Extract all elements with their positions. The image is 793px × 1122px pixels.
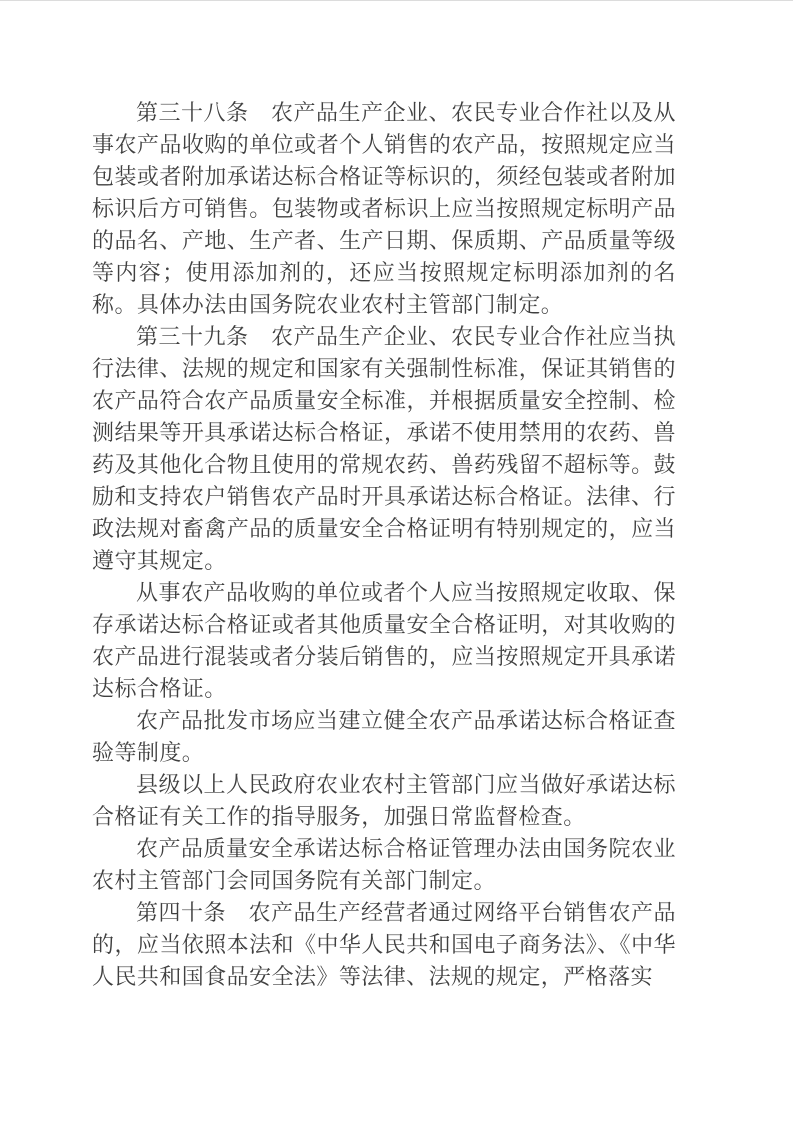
paragraph-article-39: 第三十九条 农产品生产企业、农民专业合作社应当执行法律、法规的规定和国家有关强制…	[92, 321, 676, 577]
document-page: 第三十八条 农产品生产企业、农民专业合作社以及从事农产品收购的单位或者个人销售的…	[0, 0, 793, 1122]
paragraph-article-40: 第四十条 农产品生产经营者通过网络平台销售农产品的，应当依照本法和《中华人民共和…	[92, 897, 676, 993]
paragraph-article-38: 第三十八条 农产品生产企业、农民专业合作社以及从事农产品收购的单位或者个人销售的…	[92, 97, 676, 321]
document-body: 第三十八条 农产品生产企业、农民专业合作社以及从事农产品收购的单位或者个人销售的…	[92, 97, 676, 993]
paragraph-article-39-clause-5: 农产品质量安全承诺达标合格证管理办法由国务院农业农村主管部门会同国务院有关部门制…	[92, 833, 676, 897]
paragraph-article-39-clause-2: 从事农产品收购的单位或者个人应当按照规定收取、保存承诺达标合格证或者其他质量安全…	[92, 577, 676, 705]
paragraph-article-39-clause-4: 县级以上人民政府农业农村主管部门应当做好承诺达标合格证有关工作的指导服务，加强日…	[92, 769, 676, 833]
paragraph-article-39-clause-3: 农产品批发市场应当建立健全农产品承诺达标合格证查验等制度。	[92, 705, 676, 769]
